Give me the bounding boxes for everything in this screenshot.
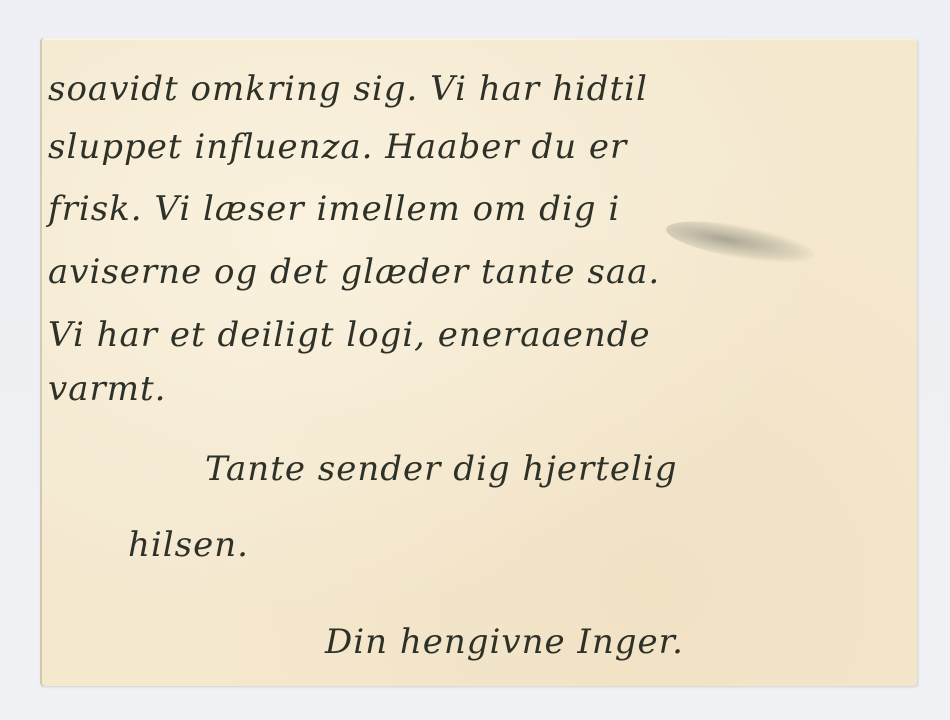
body-line-4: aviserne og det glæder tante saa. xyxy=(48,255,660,289)
page-background: soavidt omkring sig. Vi har hidtil slupp… xyxy=(0,0,950,720)
ink-smudge xyxy=(663,213,816,271)
closing-line-1: Tante sender dig hjertelig xyxy=(205,452,678,486)
body-line-3: frisk. Vi læser imellem om dig i xyxy=(48,192,620,226)
body-line-6: varmt. xyxy=(48,372,166,406)
body-line-1: soavidt omkring sig. Vi har hidtil xyxy=(48,72,648,106)
closing-line-2: hilsen. xyxy=(128,528,249,562)
signature: Din hengivne Inger. xyxy=(325,625,684,659)
body-line-2: sluppet influenza. Haaber du er xyxy=(48,130,627,164)
body-line-5: Vi har et deiligt logi, eneraaende xyxy=(48,318,651,352)
